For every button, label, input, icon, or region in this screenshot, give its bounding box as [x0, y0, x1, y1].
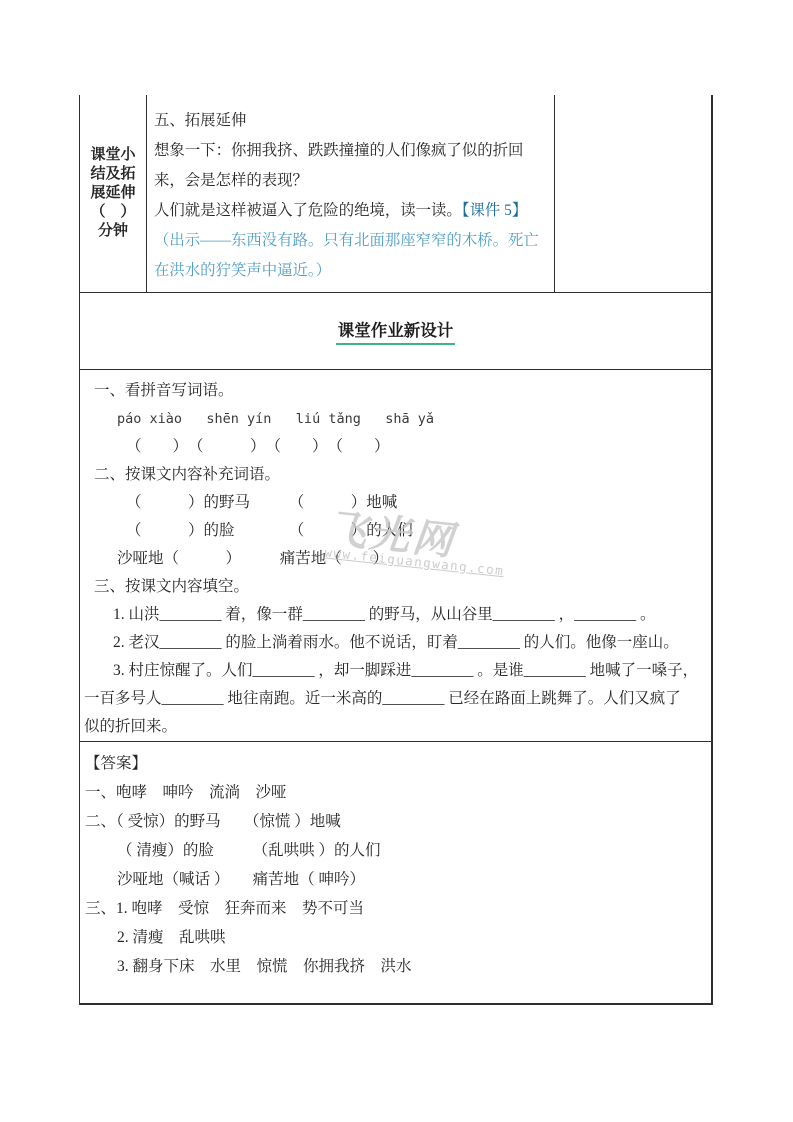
question3-line: 1. 山洪________ 着，像一群________ 的野马，从山谷里____… — [80, 601, 711, 629]
question3-line: 一百多号人________ 地往南跑。近一米高的________ 已经在路面上跳… — [80, 685, 711, 713]
answer-line: 沙哑地（喊话 ） 痛苦地（ 呻吟） — [80, 865, 711, 894]
extension-section-title: 五、拓展延伸 — [154, 106, 550, 136]
question2-line: （ ）的脸 （ ）的人们 — [80, 517, 711, 545]
courseware-quote: （出示——东西没有路。只有北面那座窄窄的木桥。死亡在洪水的狞笑声中逼近。） — [154, 232, 539, 279]
answer-line: 二、（ 受惊）的野马 （惊慌 ）地喊 — [80, 807, 711, 836]
homework-section-title: 课堂作业新设计 — [336, 317, 456, 345]
extension-question: 想象一下：你拥我挤、跌跌撞撞的人们像疯了似的折回来，会是怎样的表现？ — [154, 136, 550, 196]
question3-title: 三、按课文内容填空。 — [80, 573, 711, 601]
answer-line: 三、1. 咆哮 受惊 狂奔而来 势不可当 — [80, 894, 711, 923]
summary-row: 课堂小 结及拓 展延伸 （ ） 分钟 五、拓展延伸 想象一下：你拥我挤、跌跌撞撞… — [80, 95, 711, 293]
question3-line: 似的折回来。 — [80, 713, 711, 741]
question1-blanks: （ ） （ ） （ ） （ ） — [80, 433, 711, 461]
question2-line: （ ）的野马 （ ）地喊 — [80, 489, 711, 517]
homework-questions-row: 一、看拼音写词语。 páo xiào shēn yín liú tǎng shā… — [80, 370, 711, 742]
summary-label-line: 展延伸 — [90, 184, 135, 203]
summary-label-line: 课堂小 — [90, 146, 135, 165]
summary-label-cell: 课堂小 结及拓 展延伸 （ ） 分钟 — [80, 95, 147, 292]
question1-title: 一、看拼音写词语。 — [80, 377, 711, 405]
document-page: 课堂小 结及拓 展延伸 （ ） 分钟 五、拓展延伸 想象一下：你拥我挤、跌跌撞撞… — [0, 0, 793, 1122]
question3-line: 2. 老汉________ 的脸上淌着雨水。他不说话，盯着________ 的人… — [80, 629, 711, 657]
answer-line: 3. 翻身下床 水里 惊慌 你拥我挤 洪水 — [80, 952, 711, 981]
summary-content-cell: 五、拓展延伸 想象一下：你拥我挤、跌跌撞撞的人们像疯了似的折回来，会是怎样的表现… — [147, 95, 555, 292]
question2-line: 沙哑地（ ） 痛苦地（ ） — [80, 545, 711, 573]
answer-line: 2. 清瘦 乱哄哄 — [80, 923, 711, 952]
extension-reading-black: 人们就是这样被逼入了危险的绝境，读一读。 — [154, 202, 462, 219]
extension-reading: 人们就是这样被逼入了危险的绝境，读一读。【课件 5】（出示——东西没有路。只有北… — [154, 196, 550, 286]
question3-line: 3. 村庄惊醒了。人们________ ，却一脚踩进________ 。是谁__… — [80, 657, 711, 685]
answer-line: （ 清瘦）的脸 （乱哄哄 ）的人们 — [80, 836, 711, 865]
empty-cell — [555, 95, 711, 292]
summary-label-line: 结及拓 — [90, 165, 135, 184]
courseware-tag: 【课件 5】 — [462, 202, 527, 219]
question1-pinyin: páo xiào shēn yín liú tǎng shā yǎ — [80, 405, 711, 433]
answers-header: 【答案】 — [80, 749, 711, 778]
lesson-plan-table: 课堂小 结及拓 展延伸 （ ） 分钟 五、拓展延伸 想象一下：你拥我挤、跌跌撞撞… — [79, 95, 713, 1005]
answer-line: 一、咆哮 呻吟 流淌 沙哑 — [80, 778, 711, 807]
homework-answers-row: 【答案】 一、咆哮 呻吟 流淌 沙哑 二、（ 受惊）的野马 （惊慌 ）地喊 （ … — [80, 742, 711, 1003]
summary-label-line: （ ） — [90, 203, 135, 222]
question2-title: 二、按课文内容补充词语。 — [80, 461, 711, 489]
homework-title-row: 课堂作业新设计 — [80, 293, 711, 370]
summary-label-line: 分钟 — [98, 222, 128, 241]
